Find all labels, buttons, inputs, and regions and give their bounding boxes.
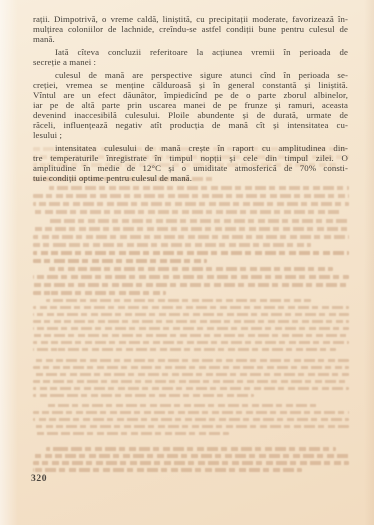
bleed-line bbox=[49, 267, 333, 271]
text-line: tuie condiții optime pentru culesul de m… bbox=[33, 173, 348, 183]
bleed-line bbox=[49, 219, 349, 223]
bleed-line bbox=[33, 411, 349, 414]
bleed-line bbox=[46, 447, 337, 451]
bleed-line bbox=[33, 359, 349, 362]
text-line: creției, vremea se menține călduroasă și… bbox=[33, 80, 348, 90]
text-line: tre temperaturile înregistrate în timpul… bbox=[33, 153, 348, 163]
bleed-line bbox=[33, 210, 340, 214]
text-line: devenind inaccesibilă culesului. Ploile … bbox=[33, 110, 348, 120]
paragraph: Iată cîteva concluzii referitoare la acț… bbox=[33, 47, 348, 67]
text-line: culesul de mană are perspective sigure a… bbox=[33, 70, 348, 80]
bleed-line bbox=[33, 461, 349, 465]
bleed-line bbox=[33, 432, 229, 435]
text-line: Iată cîteva concluzii referitoare la acț… bbox=[33, 47, 348, 57]
body-text: rații. Dimpotrivă, o vreme caldă, linișt… bbox=[33, 14, 348, 183]
text-line: mană. bbox=[33, 34, 348, 44]
text-line: lesului ; bbox=[33, 130, 348, 140]
bleed-line bbox=[33, 425, 349, 428]
bleed-line bbox=[33, 334, 349, 337]
bleed-line bbox=[33, 251, 349, 255]
text-line: Vîntul are un efect dăunător, împiedicîn… bbox=[33, 90, 348, 100]
bleed-line bbox=[46, 404, 318, 407]
bleed-line bbox=[33, 468, 302, 472]
bleed-line bbox=[33, 348, 336, 351]
bleed-line bbox=[33, 341, 349, 344]
book-page: rații. Dimpotrivă, o vreme caldă, linișt… bbox=[0, 0, 374, 525]
bleed-line bbox=[33, 394, 254, 397]
bleed-line bbox=[33, 320, 349, 323]
bleed-line bbox=[33, 243, 311, 247]
bleed-line bbox=[33, 259, 207, 263]
paragraph: intensitatea culesului de mană crește în… bbox=[33, 143, 348, 183]
scan-edge-left bbox=[0, 0, 18, 525]
bleed-line bbox=[33, 313, 349, 316]
bleed-line bbox=[33, 306, 349, 309]
text-line: secreție a manei : bbox=[33, 57, 348, 67]
bleed-line bbox=[33, 366, 349, 369]
bleed-line bbox=[49, 186, 349, 190]
bleed-line bbox=[46, 299, 311, 302]
text-line: iar pe de altă parte prin uscarea manei … bbox=[33, 100, 348, 110]
page-number: 320 bbox=[31, 474, 47, 484]
text-line: intensitatea culesului de mană crește în… bbox=[33, 143, 348, 153]
text-line: rații. Dimpotrivă, o vreme caldă, linișt… bbox=[33, 14, 348, 24]
bleed-line bbox=[33, 454, 349, 458]
paragraph: culesul de mană are perspective sigure a… bbox=[33, 70, 348, 140]
bleed-line bbox=[33, 202, 349, 206]
bleed-line bbox=[33, 373, 349, 376]
bleed-line bbox=[33, 387, 349, 390]
text-line: amplitudine în medie de 12°C și o umidit… bbox=[33, 163, 348, 173]
bleed-line bbox=[33, 291, 166, 295]
bleed-line bbox=[33, 194, 349, 198]
bleed-line bbox=[33, 275, 349, 279]
text-line: mulțirea coloniilor de lachnide, creîndu… bbox=[33, 24, 348, 34]
scan-edge-right bbox=[364, 0, 374, 525]
bleed-line bbox=[33, 418, 349, 421]
bleed-line bbox=[33, 380, 349, 383]
bleed-line bbox=[33, 327, 349, 330]
bleed-line bbox=[33, 227, 349, 231]
paragraph: rații. Dimpotrivă, o vreme caldă, linișt… bbox=[33, 14, 348, 44]
text-line: răceli, influențează negativ atît produc… bbox=[33, 120, 348, 130]
bleed-line bbox=[33, 235, 349, 239]
bleed-line bbox=[33, 283, 349, 287]
